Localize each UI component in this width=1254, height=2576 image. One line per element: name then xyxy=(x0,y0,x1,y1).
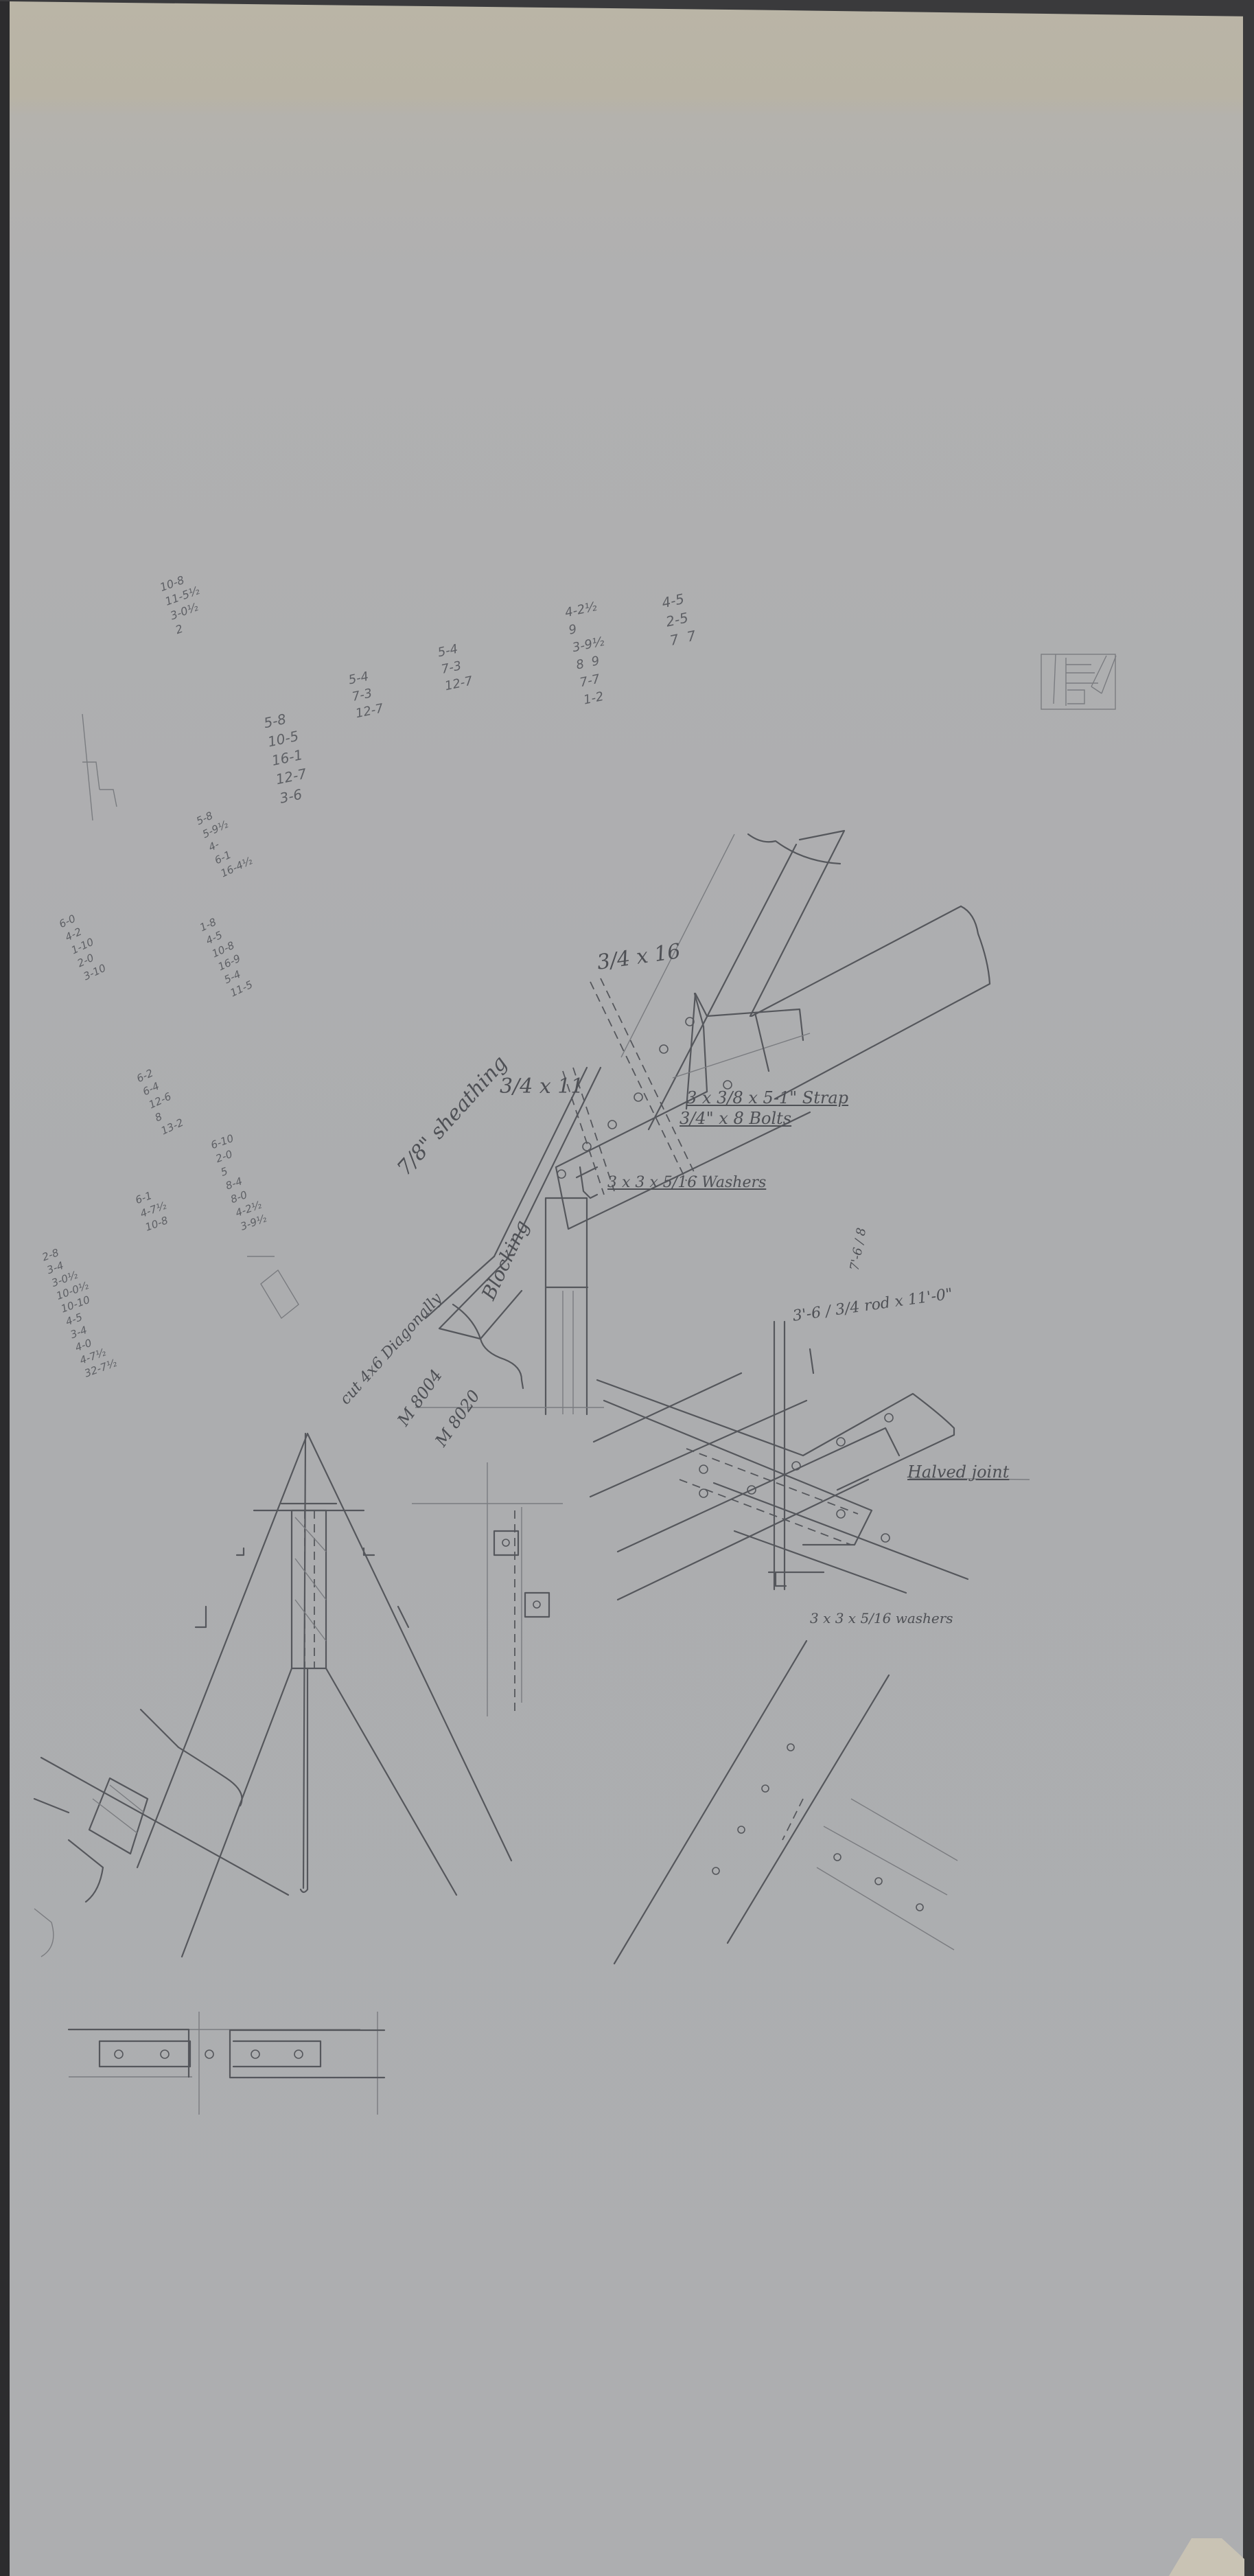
ridge-section-detail xyxy=(34,1434,511,1957)
halved-joint-detail xyxy=(590,1322,1030,1600)
lower-plate-label: 3/4 x 11 xyxy=(500,1074,583,1099)
halved-joint-label: Halved joint xyxy=(907,1462,1009,1482)
side-elevation-detail xyxy=(412,1462,563,1716)
washers-lower-label: 3 x 3 x 5/16 washers xyxy=(810,1610,953,1626)
bolts-label: 3/4" x 8 Bolts xyxy=(680,1109,791,1128)
washers-upper-label: 3 x 3 x 5/16 Washers xyxy=(607,1174,766,1191)
corner-sketch xyxy=(1041,654,1116,709)
drawing-linework xyxy=(0,0,1254,2576)
strap-label: 3 x 3/8 x 5-1" Strap xyxy=(686,1088,848,1107)
splice-plate-detail xyxy=(69,2012,384,2115)
lower-diagonal-detail xyxy=(614,1641,957,1964)
